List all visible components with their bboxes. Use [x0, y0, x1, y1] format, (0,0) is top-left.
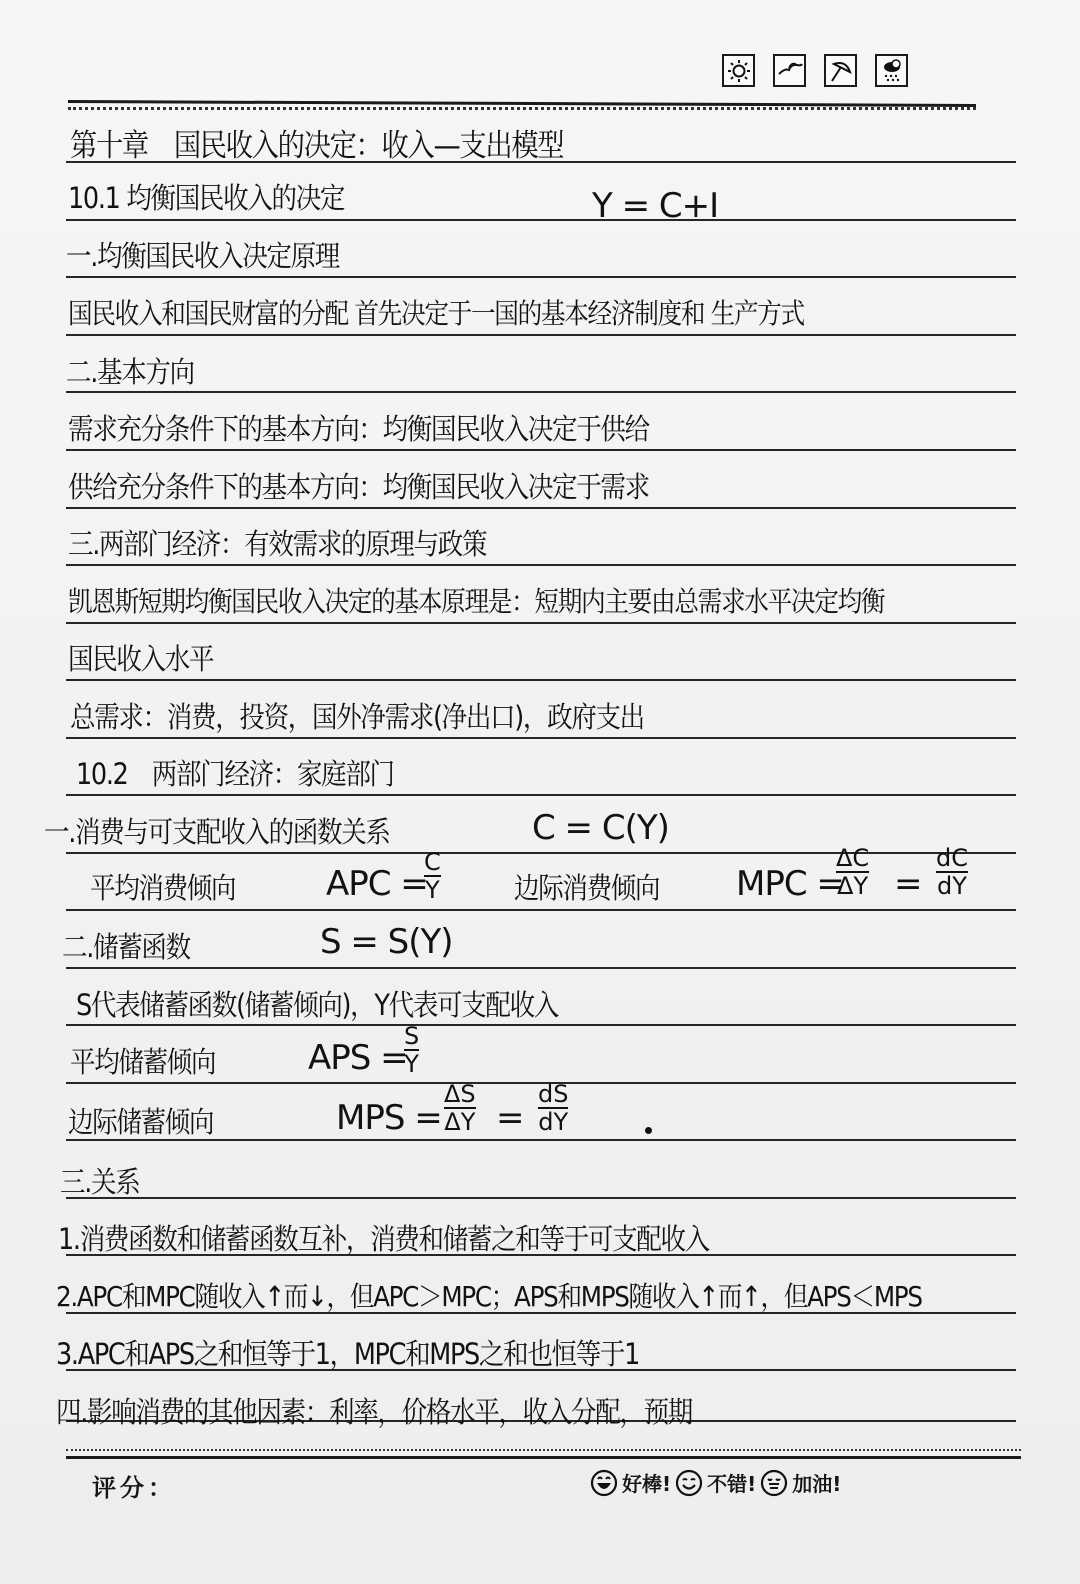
rain-cloud-icon	[875, 54, 908, 87]
mpc-d-numerator: dC	[936, 846, 968, 870]
ink-dot	[645, 1127, 652, 1134]
mpc-fraction-delta: ΔCΔY	[836, 846, 869, 898]
ruled-line	[66, 449, 1016, 451]
item-1-title: 一.均衡国民收入决定原理	[66, 234, 339, 275]
relation-1: 1.消费函数和储蓄函数互补，消费和储蓄之和等于可支配收入	[58, 1217, 709, 1258]
ruled-line	[66, 679, 1016, 681]
relation-3: 3.APC和APS之和恒等于1，MPC和MPS之和也恒等于1	[56, 1332, 639, 1373]
ruled-line	[66, 391, 1016, 393]
praise-label-good: 不错!	[707, 1468, 756, 1497]
header-dotted-rule	[68, 107, 976, 110]
chapter-title: 第十章 国民收入的决定：收入—支出模型	[70, 120, 563, 165]
ruled-line	[66, 622, 1016, 624]
formula-c-of-y: C = C(Y)	[532, 808, 669, 848]
footer-rule	[66, 1456, 1021, 1459]
notebook-page: 第十章 国民收入的决定：收入—支出模型 10.1 均衡国民收入的决定 Y = C…	[0, 0, 1080, 1584]
mps-d-numerator: dS	[538, 1082, 568, 1106]
footer-dotted-rule	[66, 1449, 1021, 1451]
weather-icons	[722, 54, 908, 87]
laughing-face-icon	[590, 1469, 618, 1497]
score-label: 评分：	[92, 1468, 176, 1503]
mpc-delta-numerator: ΔC	[836, 846, 869, 870]
mps-delta-denominator: ΔY	[444, 1110, 475, 1134]
ruled-line	[66, 564, 1016, 566]
mpc-label: 边际消费倾向	[514, 866, 659, 907]
ruled-line	[66, 1024, 1016, 1026]
aps-fraction: SY	[404, 1024, 419, 1076]
apc-formula: APC =	[326, 864, 428, 904]
item-3-line-1: 凯恩斯短期均衡国民收入决定的基本原理是：短期内主要由总需求水平决定均衡	[68, 580, 884, 620]
apc-numerator: C	[424, 850, 441, 874]
apc-denominator: Y	[425, 878, 440, 902]
ruled-line	[66, 737, 1016, 739]
mpc-delta-denominator: ΔY	[837, 874, 868, 898]
item-3-line-2: 国民收入水平	[68, 637, 213, 678]
item-2-title: 二.基本方向	[66, 350, 194, 391]
saving-function-title: 二.储蓄函数	[62, 925, 190, 966]
aps-denominator: Y	[404, 1052, 419, 1076]
relation-title: 三.关系	[60, 1160, 139, 1201]
item-3-title: 三.两部门经济：有效需求的原理与政策	[68, 522, 486, 563]
praise-label-great: 好棒!	[622, 1468, 671, 1497]
aps-formula: APS =	[308, 1038, 408, 1078]
smiling-face-icon	[675, 1469, 703, 1497]
ruled-line	[66, 794, 1016, 796]
umbrella-icon	[824, 54, 857, 87]
ruled-line	[66, 276, 1016, 278]
other-factors: 四.影响消费的其他因素：利率，价格水平，收入分配，预期	[56, 1390, 692, 1431]
ruled-line	[66, 967, 1016, 969]
section-heading-10-2: 10.2 两部门经济：家庭部门	[76, 752, 394, 793]
partly-cloudy-icon	[773, 54, 806, 87]
section-heading-10-1: 10.1 均衡国民收入的决定	[68, 176, 344, 217]
mps-delta-numerator: ΔS	[444, 1082, 476, 1106]
consumption-function-title: 一.消费与可支配收入的函数关系	[44, 810, 390, 851]
mpc-d-denominator: dY	[937, 874, 967, 898]
praise-label-keep-going: 加油!	[792, 1468, 841, 1497]
item-2-line-1: 需求充分条件下的基本方向：均衡国民收入决定于供给	[68, 407, 649, 448]
mpc-equals: =	[894, 864, 922, 904]
item-2-line-2: 供给充分条件下的基本方向：均衡国民收入决定于需求	[68, 465, 649, 506]
mps-fraction-delta: ΔSΔY	[444, 1082, 476, 1134]
mps-fraction-derivative: dSdY	[538, 1082, 568, 1134]
aps-label: 平均储蓄倾向	[70, 1040, 215, 1081]
item-1-text: 国民收入和国民财富的分配 首先决定于一国的基本经济制度和 生产方式	[68, 292, 804, 332]
mps-label: 边际储蓄倾向	[68, 1100, 213, 1141]
mps-equals: =	[496, 1098, 524, 1138]
ruled-line	[66, 507, 1016, 509]
ruled-line	[66, 852, 1016, 854]
ruled-line	[66, 909, 1016, 911]
aps-numerator: S	[404, 1024, 419, 1048]
mps-d-denominator: dY	[538, 1110, 568, 1134]
relation-2: 2.APC和MPC随收入↑而↓，但APC＞MPC；APS和MPS随收入↑而↑，但…	[56, 1275, 922, 1315]
formula-s-of-y: S = S(Y)	[320, 922, 453, 962]
mpc-fraction-derivative: dCdY	[936, 846, 968, 898]
aggregate-demand: 总需求：消费，投资，国外净需求(净出口)，政府支出	[70, 695, 644, 736]
ruled-line	[66, 1197, 1016, 1199]
sunny-icon	[722, 54, 755, 87]
apc-label: 平均消费倾向	[90, 866, 235, 907]
header-rule	[68, 100, 976, 107]
ruled-line	[66, 334, 1016, 336]
mpc-formula: MPC =	[736, 864, 844, 904]
apc-fraction: CY	[424, 850, 441, 902]
mps-formula: MPS =	[336, 1098, 442, 1138]
praise-stamps: 好棒! 不错! 加油!	[590, 1468, 841, 1497]
content-face-icon	[760, 1469, 788, 1497]
ruled-line	[66, 219, 1016, 221]
saving-description: S代表储蓄函数(储蓄倾向)，Y代表可支配收入	[76, 983, 558, 1024]
formula-y-equals-c-plus-i: Y = C+I	[592, 186, 718, 226]
